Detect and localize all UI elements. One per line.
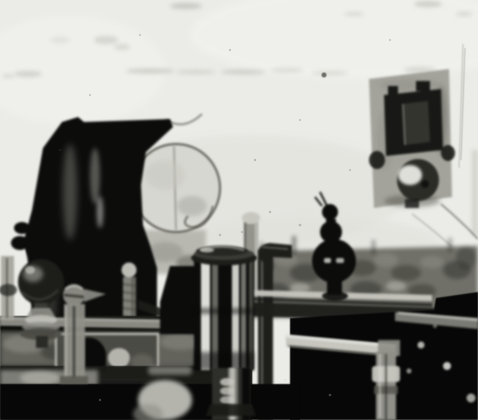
pedestal-ring [220, 378, 234, 386]
machine-highlight [63, 144, 77, 240]
wall-smudge [94, 36, 118, 44]
clutter-blob [386, 281, 406, 291]
bell-stub [405, 199, 419, 208]
grain-speck [99, 399, 101, 401]
bracket-foot [60, 376, 88, 384]
bench-blob [20, 371, 60, 385]
grain-speck [229, 49, 231, 51]
bolt-glint [467, 394, 476, 403]
clutter-stick [372, 240, 375, 254]
globe-glint [25, 266, 35, 274]
globe-sphere [18, 259, 64, 305]
wall-smudge [114, 44, 130, 50]
wall-smudge [50, 37, 70, 43]
grain-speck [139, 34, 141, 36]
wall-smudge [456, 12, 472, 16]
globe-stem [35, 226, 43, 238]
grain-speck [389, 39, 391, 41]
bolt-head [122, 263, 137, 278]
frame-light-disc [108, 348, 130, 368]
finial-ball-highlight [336, 258, 344, 263]
grain-speck [219, 234, 221, 236]
wall-streak [126, 69, 174, 74]
grain-speck [254, 159, 256, 161]
wall-streak [221, 70, 265, 75]
machine-knob [14, 222, 30, 234]
wall-smudge [414, 1, 442, 7]
clutter-blob [420, 256, 444, 268]
finial-ball-highlight [324, 258, 331, 263]
bolt-glint [407, 369, 412, 374]
machine-highlight [97, 196, 103, 228]
finial-flange [322, 291, 348, 301]
cylinder-lower-shade [194, 352, 254, 370]
cylinder-seam [194, 308, 254, 314]
wall-smudge [344, 12, 364, 16]
bolt-glint [443, 362, 451, 370]
pipe-cap [242, 212, 260, 224]
pedestal-foot [206, 404, 256, 416]
disc-mottle [145, 160, 185, 190]
grain-speck [269, 211, 271, 213]
bell-center-dot [421, 180, 429, 188]
bell-box-knob [388, 86, 398, 95]
bell-highlight [398, 165, 422, 185]
finial-ball [312, 239, 356, 283]
bell-box-panel [402, 101, 430, 145]
clutter-blob [456, 246, 476, 270]
wall-streak [312, 71, 348, 75]
disc-mottle [177, 196, 207, 216]
wall-dark-dot [322, 73, 327, 78]
bell-box-arm [441, 145, 455, 161]
machine-highlight [90, 148, 100, 204]
pedestal-ring [220, 387, 234, 395]
wall-smudge [14, 71, 42, 77]
grain-speck [329, 394, 332, 397]
photograph [0, 0, 478, 420]
grain-speck [59, 149, 61, 151]
globe-foot [36, 336, 48, 348]
wall-smudge [472, 150, 478, 235]
globe-upper-bulb [26, 237, 52, 259]
wall-smudge [170, 3, 202, 9]
bolt-glint [433, 324, 437, 328]
photo-canvas [0, 0, 478, 420]
grain-speck [299, 119, 301, 121]
clutter-blob [374, 253, 398, 267]
cap-glint [200, 248, 214, 253]
clutter-blob [391, 265, 421, 281]
grain-speck [299, 224, 302, 227]
finial-knob [322, 204, 338, 220]
grain-speck [241, 231, 243, 233]
bolt-glint [418, 342, 425, 349]
clutter-stick [292, 236, 296, 254]
wall-streak [271, 68, 303, 72]
pedestal-ring [220, 396, 234, 404]
bell-box-knob [416, 81, 430, 91]
bell-box-arm [369, 151, 385, 169]
wall-smudge [2, 74, 14, 78]
grain-speck [349, 169, 351, 171]
grain-speck [89, 94, 91, 96]
wall-streak [176, 70, 216, 74]
grain-speck [284, 379, 286, 381]
light-streak [148, 366, 192, 375]
clutter-stick [448, 238, 452, 252]
